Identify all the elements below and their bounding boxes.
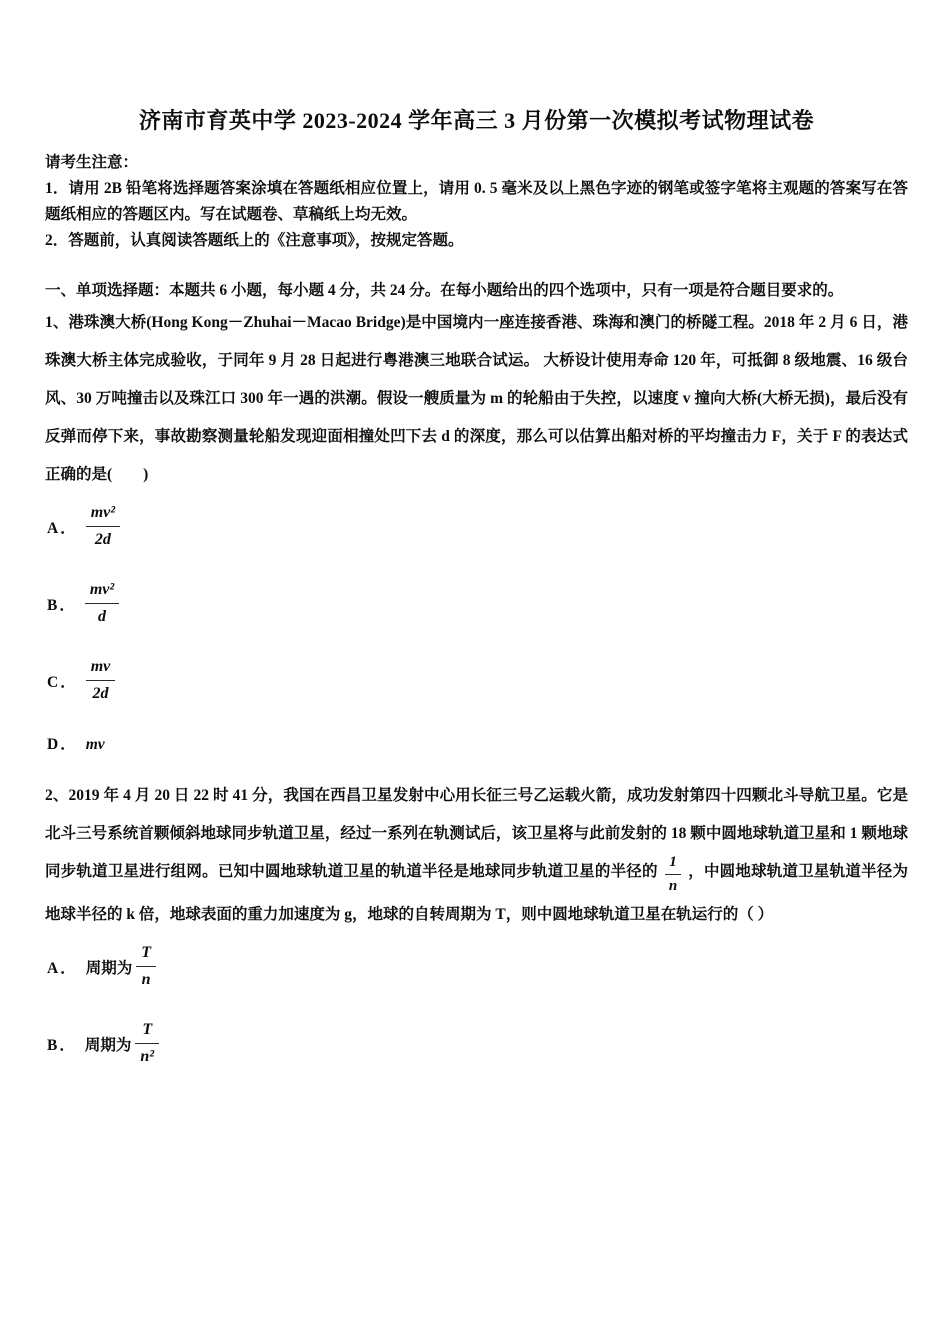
option-b-prefix: 周期为 <box>85 1033 132 1055</box>
question-2-option-a: A． 周期为 T n <box>47 942 908 991</box>
notice-heading: 请考生注意： <box>45 150 908 176</box>
fraction-denominator: d <box>85 604 119 628</box>
fraction-numerator: T <box>136 942 156 967</box>
fraction-denominator: n <box>665 875 681 896</box>
fraction-denominator: n <box>136 967 156 991</box>
option-b-label: B． <box>47 593 77 615</box>
option-b-fraction: mv² d <box>85 579 119 628</box>
exam-paper-page: 济南市育英中学 2023-2024 学年高三 3 月份第一次模拟考试物理试卷 请… <box>0 0 950 1344</box>
fraction-denominator: 2d <box>86 527 120 551</box>
question-1-option-b: B． mv² d <box>47 579 908 628</box>
fraction-numerator: T <box>135 1019 159 1044</box>
option-d-value: mv <box>86 733 105 757</box>
notice-section: 请考生注意： 1．请用 2B 铅笔将选择题答案涂填在答题纸相应位置上，请用 0.… <box>45 150 908 254</box>
fraction-numerator: mv² <box>85 579 119 604</box>
fraction-numerator: mv <box>86 656 116 681</box>
question-2-inline-fraction: 1 n <box>665 853 681 896</box>
option-a-fraction: mv² 2d <box>86 502 120 551</box>
option-d-label: D． <box>47 733 78 757</box>
option-b-label: B． <box>47 1033 77 1055</box>
option-c-label: C． <box>47 670 78 692</box>
option-b-fraction: T n² <box>135 1019 159 1068</box>
question-1-option-c: C． mv 2d <box>47 656 908 705</box>
fraction-denominator: n² <box>135 1044 159 1068</box>
option-a-prefix: 周期为 <box>86 956 133 978</box>
section-heading: 一、单项选择题：本题共 6 小题，每小题 4 分，共 24 分。在每小题给出的四… <box>45 278 908 304</box>
option-a-fraction: T n <box>136 942 156 991</box>
option-a-label: A． <box>47 956 78 978</box>
question-1-option-d: D． mv <box>47 733 908 757</box>
question-2-text: 2、2019 年 4 月 20 日 22 时 41 分，我国在西昌卫星发射中心用… <box>45 777 908 934</box>
page-title: 济南市育英中学 2023-2024 学年高三 3 月份第一次模拟考试物理试卷 <box>45 106 908 136</box>
fraction-denominator: 2d <box>86 681 116 705</box>
notice-item-1: 1．请用 2B 铅笔将选择题答案涂填在答题纸相应位置上，请用 0. 5 毫米及以… <box>45 176 908 228</box>
option-a-label: A． <box>47 516 78 538</box>
question-1-text: 1、港珠澳大桥(Hong Kong－Zhuhai－Macao Bridge)是中… <box>45 304 908 494</box>
fraction-numerator: mv² <box>86 502 120 527</box>
question-2-option-b: B． 周期为 T n² <box>47 1019 908 1068</box>
question-1-option-a: A． mv² 2d <box>47 502 908 551</box>
notice-item-2: 2．答题前，认真阅读答题纸上的《注意事项》，按规定答题。 <box>45 228 908 254</box>
fraction-numerator: 1 <box>665 853 681 875</box>
option-c-fraction: mv 2d <box>86 656 116 705</box>
